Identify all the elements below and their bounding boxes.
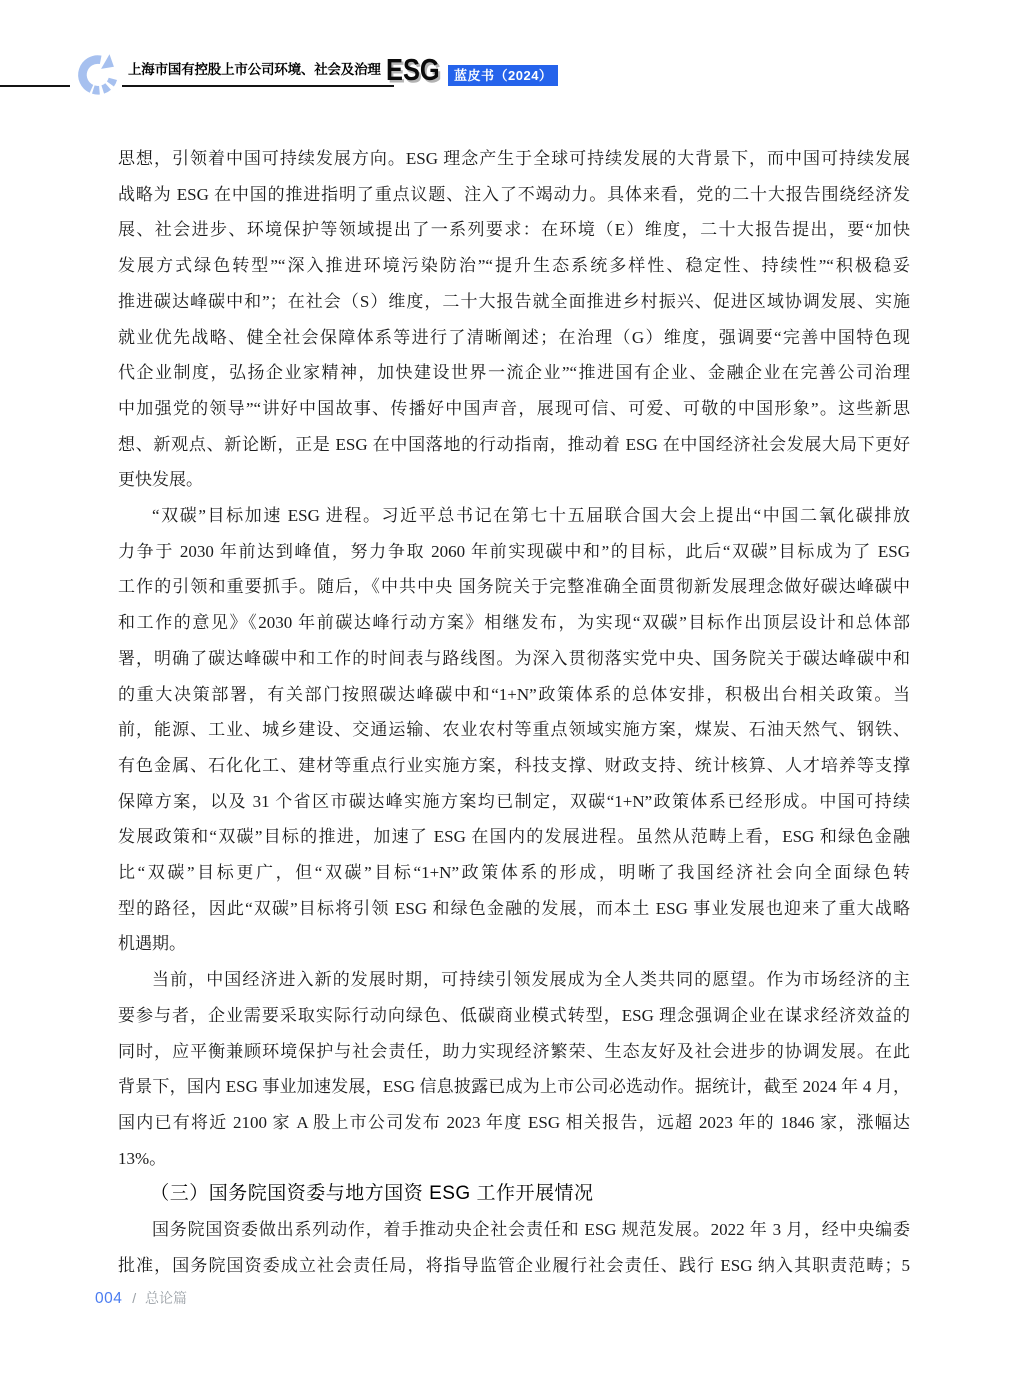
document-page: 上海市国有控股上市公司环境、社会及治理 ESG 蓝皮书（2024） 思想，引领着… <box>0 0 1020 1375</box>
body-line: 发展方式绿色转型”“深入推进环境污染防治”“提升生态系统多样性、稳定性、持续性”… <box>118 248 910 284</box>
body-line: 和工作的意见》《2030 年前碳达峰行动方案》相继发布，为实现“双碳”目标作出顶… <box>118 605 910 641</box>
body-line: 的重大决策部署，有关部门按照碳达峰碳中和“1+N”政策体系的总体安排，积极出台相… <box>118 677 910 713</box>
logo-arc-segmented <box>93 79 113 90</box>
header-rule-left <box>0 85 70 87</box>
logo-arc-solid <box>82 60 100 89</box>
body-line: 推进碳达峰碳中和”；在社会（S）维度，二十大报告就全面推进乡村振兴、促进区域协调… <box>118 284 910 320</box>
page-number: 004 <box>95 1290 122 1307</box>
body-line: 型的路径，因此“双碳”目标将引领 ESG 和绿色金融的发展，而本土 ESG 事业… <box>118 891 910 927</box>
body-line: 想、新观点、新论断，正是 ESG 在中国落地的行动指南，推动着 ESG 在中国经… <box>118 427 910 463</box>
body-line: “双碳”目标加速 ESG 进程。习近平总书记在第七十五届联合国大会上提出“中国二… <box>118 498 910 534</box>
page-footer: 004 / 总论篇 <box>95 1288 187 1308</box>
body-line: 战略为 ESG 在中国的推进指明了重点议题、注入了不竭动力。具体来看，党的二十大… <box>118 177 910 213</box>
body-line: 展、社会进步、环境保护等领域提出了一系列要求：在环境（E）维度，二十大报告提出，… <box>118 212 910 248</box>
circular-arrow-logo-icon <box>75 50 121 98</box>
body-line: 中加强党的领导”“讲好中国故事、传播好中国声音，展现可信、可爱、可敬的中国形象”… <box>118 391 910 427</box>
body-line: 当前，中国经济进入新的发展时期，可持续引领发展成为全人类共同的愿望。作为市场经济… <box>118 962 910 998</box>
body-text: 思想，引领着中国可持续发展方向。ESG 理念产生于全球可持续发展的大背景下，而中… <box>118 141 910 1284</box>
footer-separator: / <box>132 1290 136 1306</box>
body-line: 要参与者，企业需要采取实际行动向绿色、低碳商业模式转型，ESG 理念强调企业在谋… <box>118 998 910 1034</box>
body-line: 机遇期。 <box>118 926 910 962</box>
body-line: 保障方案，以及 31 个省区市碳达峰实施方案均已制定，双碳“1+N”政策体系已经… <box>118 784 910 820</box>
body-line: 国内已有将近 2100 家 A 股上市公司发布 2023 年度 ESG 相关报告… <box>118 1105 910 1176</box>
body-line: 发展政策和“双碳”目标的推进，加速了 ESG 在国内的发展进程。虽然从范畴上看，… <box>118 819 910 855</box>
body-line: 署，明确了碳达峰碳中和工作的时间表与路线图。为深入贯彻落实党中央、国务院关于碳达… <box>118 641 910 677</box>
body-line: 前，能源、工业、城乡建设、交通运输、农业农村等重点领域实施方案，煤炭、石油天然气… <box>118 712 910 748</box>
body-line: 更快发展。 <box>118 462 910 498</box>
logo-arrowhead <box>101 54 114 69</box>
body-line: 国务院国资委做出系列动作，着手推动央企社会责任和 ESG 规范发展。2022 年… <box>118 1212 910 1248</box>
body-line: 有色金属、石化化工、建材等重点行业实施方案，科技支撑、财政支持、统计核算、人才培… <box>118 748 910 784</box>
body-line: 就业优先战略、健全社会保障体系等进行了清晰阐述；在治理（G）维度，强调要“完善中… <box>118 320 910 356</box>
body-line: 批准，国务院国资委成立社会责任局，将指导监管企业履行社会责任、践行 ESG 纳入… <box>118 1248 910 1284</box>
header-badge: 蓝皮书（2024） <box>448 65 558 86</box>
body-line: 力争于 2030 年前达到峰值，努力争取 2060 年前实现碳中和”的目标，此后… <box>118 534 910 570</box>
footer-section-title: 总论篇 <box>145 1290 187 1306</box>
body-line: 工作的引领和重要抓手。随后，《中共中央 国务院关于完整准确全面贯彻新发展理念做好… <box>118 569 910 605</box>
body-line: 代企业制度，弘扬企业家精神，加快建设世界一流企业”“推进国有企业、金融企业在完善… <box>118 355 910 391</box>
header-esg-label: ESG <box>386 54 440 85</box>
body-line: 同时，应平衡兼顾环境保护与社会责任，助力实现经济繁荣、生态友好及社会进步的协调发… <box>118 1034 910 1070</box>
body-line: 背景下，国内 ESG 事业加速发展，ESG 信息披露已成为上市公司必选动作。据统… <box>118 1069 910 1105</box>
section-heading: （三）国务院国资委与地方国资 ESG 工作开展情况 <box>118 1176 910 1212</box>
body-line: 比“双碳”目标更广，但“双碳”目标“1+N”政策体系的形成，明晰了我国经济社会向… <box>118 855 910 891</box>
header-title: 上海市国有控股上市公司环境、社会及治理 <box>128 62 381 77</box>
body-line: 思想，引领着中国可持续发展方向。ESG 理念产生于全球可持续发展的大背景下，而中… <box>118 141 910 177</box>
header-title-underline: 上海市国有控股上市公司环境、社会及治理 <box>122 58 394 87</box>
